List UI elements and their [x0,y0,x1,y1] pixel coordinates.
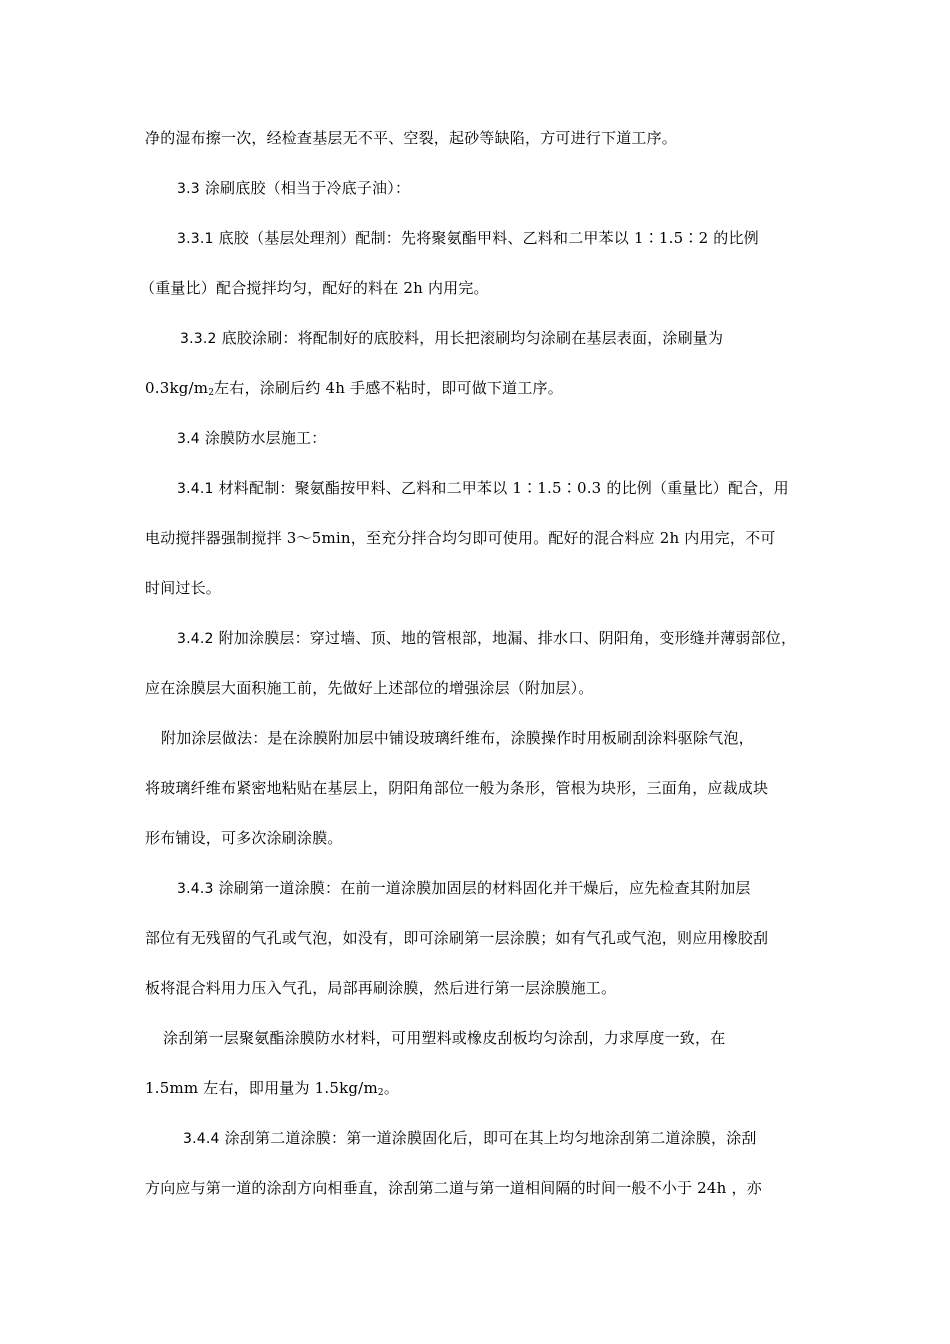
line-text: 底胶（基层处理剂）配制：先将聚氨酯甲料、乙料和二甲苯以 1∶1.5∶2 的比例 [219,229,759,247]
line-text: 左右，涂刷后约 4h 手感不粘时，即可做下道工序。 [214,379,563,397]
line-text: 将玻璃纤维布紧密地粘贴在基层上，阴阳角部位一般为条形，管根为块形，三面角，应裁成… [145,779,768,797]
line-text: 净的湿布擦一次，经检查基层无不平、空裂，起砂等缺陷，方可进行下道工序。 [145,129,677,147]
line-text: 时间过长。 [145,579,221,597]
line-text: 涂刷第一道涂膜：在前一道涂膜加固层的材料固化并干燥后，应先检查其附加层 [219,879,751,897]
text-line: 1.5mm 左右，即用量为 1.5kg/m2。 [145,1078,399,1098]
text-line: 3.4.3 涂刷第一道涂膜：在前一道涂膜加固层的材料固化并干燥后，应先检查其附加… [177,878,751,899]
line-text: 涂刷底胶（相当于冷底子油）： [205,179,410,197]
text-line: 3.4 涂膜防水层施工： [177,428,326,449]
text-line: 附加涂层做法：是在涂膜附加层中铺设玻璃纤维布，涂膜操作时用板刷刮涂料驱除气泡， [161,728,754,748]
text-line: 3.3 涂刷底胶（相当于冷底子油）： [177,178,410,199]
text-line: 电动搅拌器强制搅拌 3～5min，至充分拌合均匀即可使用。配好的混合料应 2h … [145,528,775,548]
section-number: 3.4.3 [177,881,214,897]
text-line: 方向应与第一道的涂刮方向相垂直，涂刮第二道与第一道相间隔的时间一般不小于 24h… [145,1178,762,1198]
line-text: 部位有无残留的气孔或气泡，如没有，即可涂刷第一层涂膜；如有气孔或气泡，则应用橡胶… [145,929,768,947]
text-line: 部位有无残留的气孔或气泡，如没有，即可涂刷第一层涂膜；如有气孔或气泡，则应用橡胶… [145,928,768,948]
section-number: 3.3.2 [180,331,217,347]
line-text: 涂膜防水层施工： [205,429,327,447]
line-text: 电动搅拌器强制搅拌 3～5min，至充分拌合均匀即可使用。配好的混合料应 2h … [145,529,775,547]
section-number: 3.4.1 [177,481,214,497]
section-number: 3.3.1 [177,231,214,247]
text-line: 将玻璃纤维布紧密地粘贴在基层上，阴阳角部位一般为条形，管根为块形，三面角，应裁成… [145,778,768,798]
line-text: 板将混合料用力压入气孔，局部再刷涂膜，然后进行第一层涂膜施工。 [145,979,616,997]
line-text: 材料配制：聚氨酯按甲料、乙料和二甲苯以 1∶1.5∶0.3 的比例（重量比）配合… [219,479,789,497]
line-text: 附加涂膜层：穿过墙、顶、地的管根部，地漏、排水口、阴阳角，变形缝并薄弱部位， [219,629,797,647]
text-line: 形布铺设，可多次涂刷涂膜。 [145,828,343,848]
text-line: 净的湿布擦一次，经检查基层无不平、空裂，起砂等缺陷，方可进行下道工序。 [145,128,677,148]
line-text: 附加涂层做法：是在涂膜附加层中铺设玻璃纤维布，涂膜操作时用板刷刮涂料驱除气泡， [161,729,754,747]
line-text: 底胶涂刷：将配制好的底胶料，用长把滚刷均匀涂刷在基层表面，涂刷量为 [222,329,724,347]
line-text: 。 [384,1079,399,1097]
line-text: 方向应与第一道的涂刮方向相垂直，涂刮第二道与第一道相间隔的时间一般不小于 24h… [145,1179,762,1197]
document-page: 净的湿布擦一次，经检查基层无不平、空裂，起砂等缺陷，方可进行下道工序。3.3 涂… [0,0,950,1344]
section-number: 3.4.4 [183,1131,220,1147]
line-text: （重量比）配合搅拌均匀，配好的料在 2h 内用完。 [140,279,489,297]
section-number: 3.4 [177,431,200,447]
text-line: 应在涂膜层大面积施工前，先做好上述部位的增强涂层（附加层）。 [145,678,594,698]
line-prefix: 0.3kg/m [145,379,208,397]
text-line: 3.4.2 附加涂膜层：穿过墙、顶、地的管根部，地漏、排水口、阴阳角，变形缝并薄… [177,628,796,649]
text-line: 时间过长。 [145,578,221,598]
line-text: 应在涂膜层大面积施工前，先做好上述部位的增强涂层（附加层）。 [145,679,594,697]
text-line: 涂刮第一层聚氨酯涂膜防水材料，可用塑料或橡皮刮板均匀涂刮，力求厚度一致，在 [163,1028,725,1048]
text-line: 板将混合料用力压入气孔，局部再刷涂膜，然后进行第一层涂膜施工。 [145,978,616,998]
section-number: 3.4.2 [177,631,214,647]
line-text: 涂刮第二道涂膜：第一道涂膜固化后，即可在其上均匀地涂刮第二道涂膜，涂刮 [225,1129,757,1147]
line-text: 形布铺设，可多次涂刷涂膜。 [145,829,343,847]
line-prefix: 1.5mm 左右，即用量为 1.5kg/m [145,1079,378,1097]
text-line: （重量比）配合搅拌均匀，配好的料在 2h 内用完。 [140,278,489,298]
line-text: 涂刮第一层聚氨酯涂膜防水材料，可用塑料或橡皮刮板均匀涂刮，力求厚度一致，在 [163,1029,725,1047]
section-number: 3.3 [177,181,200,197]
text-line: 3.3.1 底胶（基层处理剂）配制：先将聚氨酯甲料、乙料和二甲苯以 1∶1.5∶… [177,228,759,249]
text-line: 0.3kg/m2左右，涂刷后约 4h 手感不粘时，即可做下道工序。 [145,378,563,398]
text-line: 3.4.4 涂刮第二道涂膜：第一道涂膜固化后，即可在其上均匀地涂刮第二道涂膜，涂… [183,1128,757,1149]
text-line: 3.4.1 材料配制：聚氨酯按甲料、乙料和二甲苯以 1∶1.5∶0.3 的比例（… [177,478,789,499]
text-line: 3.3.2 底胶涂刷：将配制好的底胶料，用长把滚刷均匀涂刷在基层表面，涂刷量为 [180,328,723,349]
